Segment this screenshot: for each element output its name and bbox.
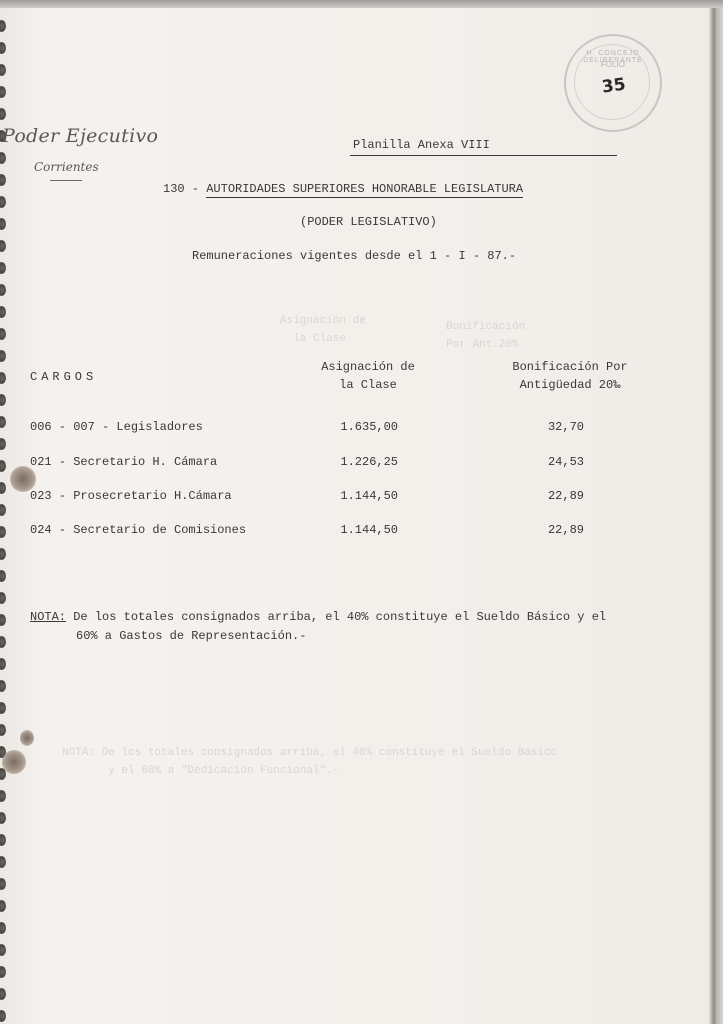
note-line-2: 60% a Gastos de Representación.- xyxy=(30,627,650,646)
header-line: Bonificación Por xyxy=(508,358,632,376)
title-text: AUTORIDADES SUPERIORES HONORABLE LEGISLA… xyxy=(206,182,523,198)
note-paragraph: NOTA: De los totales consignados arriba,… xyxy=(30,608,650,646)
page-right-edge xyxy=(709,8,723,1024)
note-line-1: De los totales consignados arriba, el 40… xyxy=(66,610,606,624)
stain-mark xyxy=(20,730,34,746)
cargo-cell: 024 - Secretario de Comisiones xyxy=(30,523,246,537)
document-page xyxy=(0,8,712,1024)
asignacion-cell: 1.226,25 xyxy=(332,455,398,469)
document-title: 130 - AUTORIDADES SUPERIORES HONORABLE L… xyxy=(163,182,523,196)
binding-holes xyxy=(0,0,10,1024)
title-code: 130 - xyxy=(163,182,206,196)
bonificacion-cell: 22,89 xyxy=(540,523,584,537)
bonificacion-cell: 22,89 xyxy=(540,489,584,503)
table-row: 023 - Prosecretario H.Cámara 1.144,50 22… xyxy=(0,489,712,509)
asignacion-cell: 1.635,00 xyxy=(332,420,398,434)
folio-number: 35 xyxy=(601,74,627,97)
column-header-asignacion: Asignación de la Clase xyxy=(318,358,418,394)
effective-date-line: Remuneraciones vigentes desde el 1 - I -… xyxy=(192,249,516,263)
header-line: la Clase xyxy=(318,376,418,394)
stain-mark xyxy=(2,750,26,774)
cargo-cell: 023 - Prosecretario H.Cámara xyxy=(30,489,232,503)
table-row: 024 - Secretario de Comisiones 1.144,50 … xyxy=(0,523,712,543)
letterhead-rule xyxy=(50,180,82,181)
letterhead-subtitle: Corrientes xyxy=(34,160,99,174)
stamp-label: FOLIO xyxy=(566,60,660,69)
note-label: NOTA: xyxy=(30,610,66,624)
header-line: Antigüedad 20‰ xyxy=(508,376,632,394)
annex-title: Planilla Anexa VIII xyxy=(353,138,490,152)
column-header-bonificacion: Bonificación Por Antigüedad 20‰ xyxy=(508,358,632,394)
folio-stamp: H. CONCEJO DELIBERANTE FOLIO 35 xyxy=(564,34,662,132)
bonificacion-cell: 32,70 xyxy=(540,420,584,434)
annex-underline xyxy=(350,155,617,156)
table-row: 021 - Secretario H. Cámara 1.226,25 24,5… xyxy=(0,455,712,475)
cargo-cell: 006 - 007 - Legisladores xyxy=(30,420,203,434)
bonificacion-cell: 24,53 xyxy=(540,455,584,469)
letterhead-title: Poder Ejecutivo xyxy=(2,125,158,147)
asignacion-cell: 1.144,50 xyxy=(332,489,398,503)
document-subtitle: (PODER LEGISLATIVO) xyxy=(300,215,437,229)
asignacion-cell: 1.144,50 xyxy=(332,523,398,537)
table-row: 006 - 007 - Legisladores 1.635,00 32,70 xyxy=(0,420,712,440)
column-header-cargos: CARGOS xyxy=(30,368,97,386)
cargo-cell: 021 - Secretario H. Cámara xyxy=(30,455,217,469)
header-line: Asignación de xyxy=(318,358,418,376)
